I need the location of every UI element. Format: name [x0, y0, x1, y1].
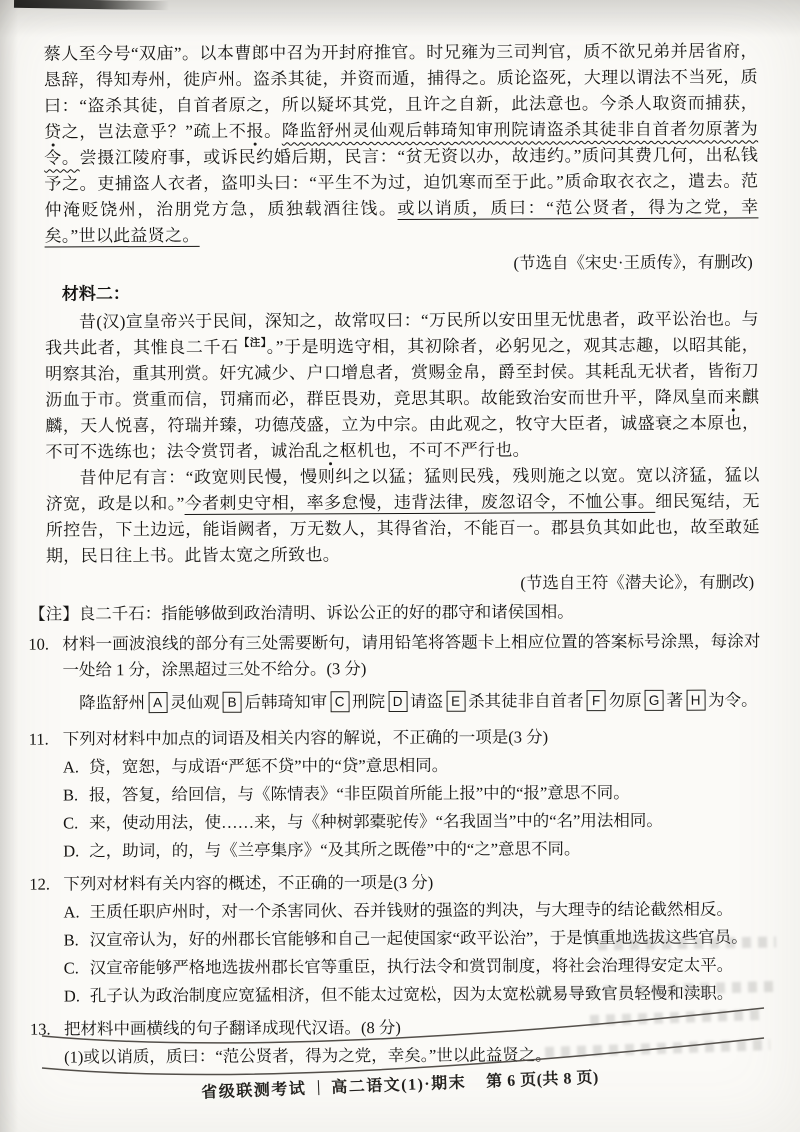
question-11-option-a: A. 贷，宽恕，与成语“严惩不贷”中的“贷”意思相同。: [63, 751, 761, 780]
text-segment-plain: 之，岂法意乎？”疏上不: [62, 122, 247, 142]
option-text: 报，答复，给回信，与《陈情表》“非臣陨首所能上报”中的“报”意思不同。: [89, 779, 761, 808]
option-text: 王质任职庐州时，对一个杀害同伙、吞并钱财的强盗的判决，与大理寺的结论截然相反。: [89, 896, 761, 925]
material2-paragraph-2: 昔仲尼有言：“政宽则民慢，慢则纠之以猛；猛则民残，残则施之以宽。宽以济猛，猛以济…: [46, 462, 760, 569]
text-segment-box: H: [686, 690, 705, 711]
material2-paragraph-1: 昔(汉)宣皇帝兴于民间，深知之，故常叹曰：“万民所以安田里无忧患者，政平讼治也。…: [45, 306, 760, 465]
question-11-stem: 下列对材料中加点的词语及相关内容的解说，不正确的一项是(3 分): [63, 723, 761, 752]
text-segment-box: E: [446, 691, 465, 712]
question-10-stem: 材料一画波浪线的部分有三处需要断句，请用铅笔将答题卡上相应位置的答案标号涂黑，每…: [62, 628, 760, 683]
text-segment-plain: 刑院: [352, 692, 385, 711]
question-10-segmented-sentence: 降监舒州A灵仙观B后韩琦知审C刑院D请盗E杀其徒非自首者F勿原G著H为令。: [63, 685, 761, 718]
text-segment-plain: 杀其徒非自首者: [468, 691, 584, 711]
text-segment-note: 【注】: [239, 338, 267, 349]
option-letter: A.: [63, 754, 89, 780]
text-segment-plain: 后韩琦知审: [245, 692, 328, 711]
option-text: 贷，宽恕，与成语“严惩不贷”中的“贷”意思相同。: [89, 751, 761, 780]
paper-sheet: 蔡人至今号“双庙”。以本曹郎中召为开封府推官。时兄雍为三司判官，质不欲兄弟并居省…: [0, 0, 800, 1132]
option-text: 来，使动用法，使……来，与《种树郭橐驼传》“名我固当”中的“名”用法相同。: [89, 807, 761, 836]
question-12-option-a: A. 王质任职庐州时，对一个杀害同伙、吞并钱财的强盗的判决，与大理寺的结论截然相…: [63, 896, 761, 925]
material1-continuation-paragraph: 蔡人至今号“双庙”。以本曹郎中召为开封府推官。时兄雍为三司判官，质不欲兄弟并居省…: [44, 38, 759, 249]
option-letter: A.: [63, 899, 89, 925]
question-11-option-c: C. 来，使动用法，使……来，与《种树郭橐驼传》“名我固当”中的“名”用法相同。: [63, 807, 761, 836]
question-11-body: 下列对材料中加点的词语及相关内容的解说，不正确的一项是(3 分) A. 贷，宽恕…: [63, 723, 762, 866]
option-letter: B.: [64, 927, 90, 953]
text-segment-box: B: [223, 692, 242, 713]
question-10-number: 10.: [28, 631, 62, 721]
text-segment-line: 今者刺史守相，率多怠慢，违背法律，废忽诏令，不恤公事。: [184, 492, 655, 513]
question-12-number: 12.: [29, 871, 64, 1011]
exam-name: 省级联测考试: [201, 1081, 307, 1102]
text-segment-plain: 枢机也，不可不严行也。: [340, 440, 530, 460]
text-segment-box: C: [330, 691, 349, 712]
text-segment-plain: 降监舒州: [79, 693, 145, 712]
text-segment-box: G: [645, 690, 664, 711]
option-letter: C.: [63, 810, 89, 836]
option-letter: B.: [63, 782, 89, 808]
text-segment-plain: 。: [264, 122, 282, 141]
question-11-option-b: B. 报，答复，给回信，与《陈情表》“非臣陨首所能上报”中的“报”意思不同。: [63, 779, 761, 808]
question-12-option-c: C. 汉宣帝能够严格地选拔州郡长官等重臣，执行法令和赏罚制度，将社会治理得安定太…: [64, 952, 762, 981]
text-segment-dot: 贷: [44, 122, 62, 141]
material2-source-citation: (节选自王符《潜夫论》，有删改): [46, 569, 754, 597]
option-text: 汉宣帝能够严格地选拔州郡长官等重臣，执行法令和赏罚制度，将社会治理得安定太平。: [90, 952, 762, 981]
question-10-body: 材料一画波浪线的部分有三处需要断句，请用铅笔将答题卡上相应位置的答案标号涂黑，每…: [62, 628, 760, 721]
option-letter: D.: [63, 838, 89, 864]
text-segment-plain: 著: [667, 691, 684, 710]
question-10: 10. 材料一画波浪线的部分有三处需要断句，请用铅笔将答题卡上相应位置的答案标号…: [46, 628, 760, 721]
text-segment-dot: 报: [246, 122, 264, 141]
question-11: 11. 下列对材料中加点的词语及相关内容的解说，不正确的一项是(3 分) A. …: [47, 723, 762, 866]
option-text: 之，助词，的，与《兰亭集序》“及其所之既倦”中的“之”意思不同。: [89, 835, 761, 864]
text-segment-plain: 灵仙观: [170, 693, 220, 712]
scanned-exam-page: 蔡人至今号“双庙”。以本曹郎中召为开封府推官。时兄雍为三司判官，质不欲兄弟并居省…: [0, 0, 800, 1132]
text-segment-box: F: [587, 690, 606, 711]
question-11-option-d: D. 之，助词，的，与《兰亭集序》“及其所之既倦”中的“之”意思不同。: [63, 835, 761, 864]
footer-divider: [318, 1080, 320, 1095]
page-number: 第 6 页(共 8 页): [486, 1069, 599, 1090]
material1-source-citation: (节选自《宋史·王质传》，有删改): [45, 249, 753, 277]
footnote: 【注】良二千石：指能够做到政治清明、诉讼公正的好的郡守和诸侯国相。: [29, 598, 760, 626]
text-segment-dot: 之: [322, 441, 339, 460]
text-segment-plain: 蔡人至今号“双庙”。以本曹郎中召为开封府推官。时兄雍为三司判官，质不欲兄弟并居省…: [44, 41, 758, 115]
question-12-stem: 下列对材料有关内容的概述，不正确的一项是(3 分): [63, 868, 761, 897]
text-segment-box: D: [388, 691, 407, 712]
text-segment-plain: 为令。: [708, 690, 758, 709]
question-11-number: 11.: [29, 726, 64, 866]
text-segment-plain: 请盗: [410, 692, 443, 711]
text-segment-box: A: [148, 692, 167, 713]
material2-label: 材料二：: [45, 278, 759, 306]
text-segment-dot: 来: [724, 388, 742, 407]
option-letter: C.: [64, 955, 90, 981]
text-segment-plain: 勿原: [609, 691, 642, 710]
